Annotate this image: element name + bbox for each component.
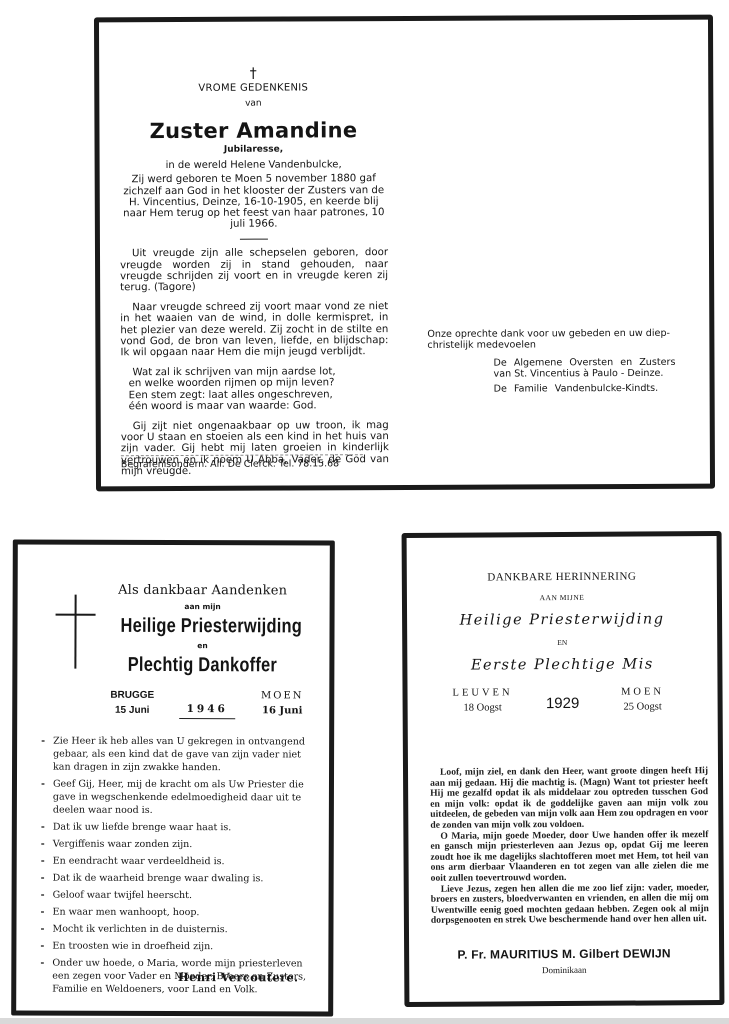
card1-right-column: Onze oprechte dank voor uw gebeden en uw… [427, 328, 685, 395]
card2-aan-mijn: aan mijn [103, 602, 303, 612]
card1-left-column: † VROME GEDENKENIS van Zuster Amandine J… [119, 66, 389, 486]
date: 15 Juni [102, 705, 162, 716]
prayer-item: Mocht ik verlichten in de duisternis. [40, 923, 310, 937]
prayer-item: En eendracht waar verdeeldheid is. [41, 855, 311, 869]
thanks-text: Onze oprechte dank voor uw gebeden en uw… [427, 328, 685, 352]
place: BRUGGE [102, 690, 162, 701]
card2-title1: Heilige Priesterwijding [120, 614, 284, 639]
card1-paragraph: Uit vreugde zijn alle schepselen geboren… [120, 247, 388, 293]
card3-aan-mijne: AAN MIJNE [407, 592, 717, 603]
card3-header: DANKBARE HERINNERING AAN MIJNE Heilige P… [407, 570, 718, 674]
place: MOEN [602, 686, 682, 697]
signatory-line: De Familie Vandenbulcke-Kindts. [494, 382, 686, 394]
ordination-card-gilbert-dewijn: DANKBARE HERINNERING AAN MIJNE Heilige P… [402, 531, 725, 1007]
scan-edge [0, 1018, 729, 1024]
card1-van: van [119, 98, 387, 111]
card1-heading: VROME GEDENKENIS [119, 82, 387, 95]
date-left: LEUVEN 18 Oogst [443, 687, 523, 713]
card1-world-name: in de wereld Helene Vandenbulcke, [120, 159, 388, 172]
prayer-item: En waar men wanhoopt, hoop. [41, 906, 311, 920]
ordination-card-henri-vercoutere: Als dankbaar Aandenken aan mijn Heilige … [11, 539, 335, 1016]
card3-en: EN [407, 637, 717, 648]
card3-title2: Eerste Plechtige Mis [407, 656, 717, 674]
card2-header: Als dankbaar Aandenken aan mijn Heilige … [102, 583, 302, 678]
memorial-card-zuster-amandine: † VROME GEDENKENIS van Zuster Amandine J… [94, 15, 715, 492]
prayer-item: Dat ik uw liefde brenge waar haat is. [41, 821, 311, 835]
date: 16 Juni [252, 705, 312, 716]
funeral-director: Begrafenisondern. Alf. De Clerck. Tel. 7… [121, 454, 363, 470]
card3-heading: DANKBARE HERINNERING [407, 570, 717, 584]
card3-dates: LEUVEN 18 Oogst 1929 MOEN 25 Oogst [443, 686, 683, 727]
card3-paragraph: Loof, mijn ziel, en dank den Heer, want … [430, 766, 708, 831]
card3-signature-block: P. Fr. MAURITIUS M. Gilbert DEWIJN Domin… [409, 946, 719, 976]
card3-order: Dominikaan [409, 964, 719, 976]
date-right: MOEN 25 Oogst [602, 686, 682, 712]
prayer-list: Zie Heer ik heb alles van U gekregen in … [40, 735, 311, 1001]
date-right: MOEN 16 Juni [252, 690, 312, 716]
poem-line: één woord is maar van waarde: God. [129, 400, 389, 412]
date-left: BRUGGE 15 Juni [102, 690, 162, 716]
cross-icon: † [119, 66, 387, 81]
prayer-item: Geloof waar twijfel heerscht. [41, 889, 311, 903]
signatories: De Algemene Oversten en Zusters van St. … [493, 357, 685, 395]
card3-paragraph: Lieve Jezus, zegen hen allen die me zoo … [431, 883, 709, 927]
cross-icon [55, 595, 95, 669]
card3-title1: Heilige Priesterwijding [407, 611, 717, 629]
card1-title: Jubilaresse, [120, 144, 388, 157]
place: MOEN [252, 690, 312, 701]
card1-poem: Wat zal ik schrijven van mijn aardse lot… [120, 366, 388, 412]
card2-signature: Henri Vercoutere. [178, 970, 298, 984]
year: 1946 [179, 703, 235, 719]
divider [240, 239, 268, 240]
card1-name: Zuster Amandine [119, 118, 387, 143]
prayer-item: En troosten wie in droefheid zijn. [40, 940, 310, 954]
prayer-item: Vergiffenis waar zonden zijn. [41, 838, 311, 852]
card2-title2: Plechtig Dankoffer [120, 653, 284, 678]
date: 25 Oogst [603, 701, 683, 712]
prayer-item: Zie Heer ik heb alles van U gekregen in … [41, 735, 311, 775]
year: 1929 [531, 695, 595, 712]
card3-signature: P. Fr. MAURITIUS M. Gilbert DEWIJN [409, 946, 719, 962]
signatory-line: van St. Vincentius à Paulo - Deinze. [494, 368, 686, 380]
card1-paragraph: Naar vreugde schreed zij voort maar vond… [120, 301, 388, 358]
card2-dates: BRUGGE 15 Juni 1946 MOEN 16 Juni [102, 690, 312, 731]
prayer-item: Geef Gij, Heer, mij de kracht om als Uw … [41, 778, 311, 818]
card2-intro: Als dankbaar Aandenken [103, 583, 303, 599]
prayer-item: Dat ik de waarheid brenge waar dwaling i… [41, 872, 311, 886]
card2-en: en [102, 641, 302, 651]
card3-body: Loof, mijn ziel, en dank den Heer, want … [430, 766, 709, 927]
card1-bio: Zij werd geboren te Moen 5 november 1880… [120, 173, 388, 230]
card3-paragraph: O Maria, mijn goede Moeder, door Uwe han… [430, 830, 708, 885]
date: 18 Oogst [443, 702, 523, 713]
place: LEUVEN [443, 687, 523, 698]
